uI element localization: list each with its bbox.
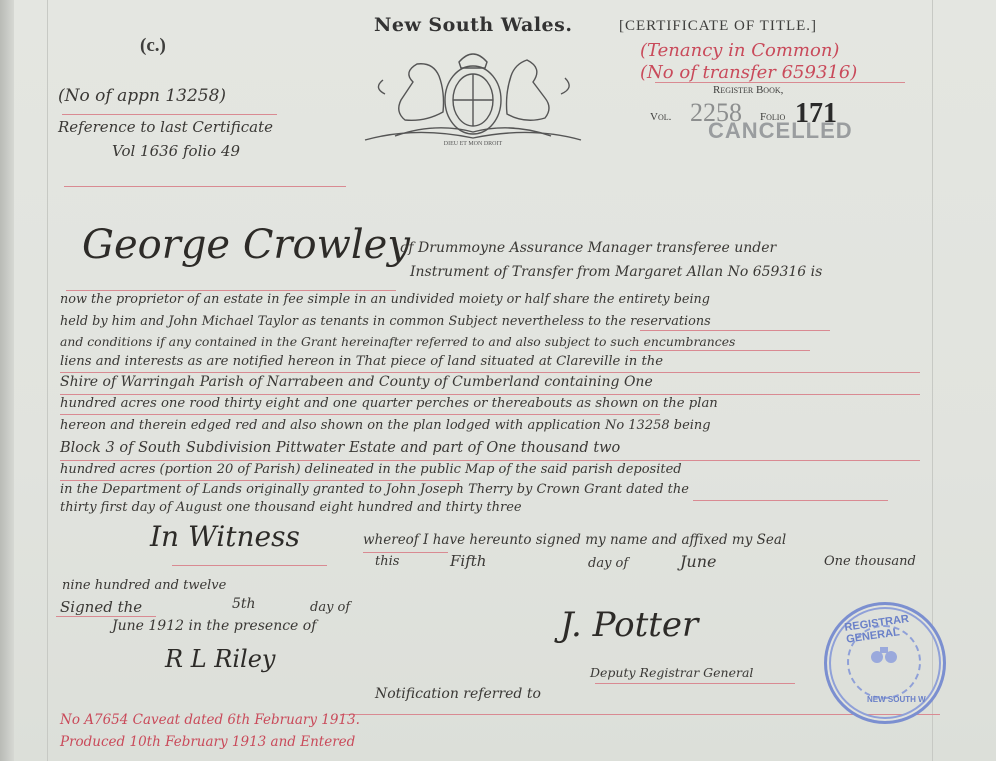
body-line-11: hundred acres (portion 20 of Parish) del… [60, 462, 682, 477]
transfer-underline [655, 82, 905, 83]
grant-end-rule [693, 500, 888, 501]
caveat-line-1: No A7654 Caveat dated 6th February 1913. [60, 712, 360, 728]
notification-rule [340, 714, 940, 715]
signed-the: Signed the [60, 598, 142, 616]
body-line-3: now the proprietor of an estate in fee s… [60, 292, 710, 307]
witness-this: this [375, 554, 399, 569]
body-line-4: held by him and John Michael Taylor as t… [60, 314, 711, 329]
vol-label: Vol. [650, 111, 671, 123]
cancelled-stamp: CANCELLED [708, 118, 853, 144]
registrar-signature: J. Potter [560, 605, 698, 645]
crest-icon [867, 645, 901, 669]
crest-motto: DIEU ET MON DROIT [444, 141, 503, 147]
registrar-title: Deputy Registrar General [590, 665, 753, 680]
body-line-13: thirty first day of August one thousand … [60, 500, 522, 515]
witness-underline [172, 565, 327, 566]
body-line-8: hundred acres one rood thirty eight and … [60, 396, 718, 411]
stamp-bottom-text: NEW SOUTH W [867, 695, 926, 704]
county-underline [60, 394, 920, 395]
body-line-2: Instrument of Transfer from Margaret All… [410, 264, 822, 280]
block-underline [60, 460, 920, 461]
registrar-general-stamp: REGISTRAR GENERAL NEW SOUTH W [824, 602, 946, 724]
transfer-note: (No of transfer 659316) [640, 62, 857, 83]
last-certificate-volume: Vol 1636 folio 49 [112, 142, 240, 160]
form-mark: (c.) [140, 35, 166, 57]
registrar-underline [595, 683, 795, 684]
caveat-line-2: Produced 10th February 1913 and Entered [60, 734, 355, 750]
left-margin-rule [47, 0, 48, 761]
body-line-1: of Drummoyne Assurance Manager transfere… [400, 240, 776, 256]
portion-underline [60, 480, 460, 481]
witness-signature: R L Riley [165, 645, 275, 673]
body-line-7: Shire of Warringah Parish of Narrabeen a… [60, 374, 653, 390]
coat-of-arms-icon: DIEU ET MON DROIT [355, 42, 590, 150]
body-line-9: hereon and therein edged red and also sh… [60, 418, 711, 433]
signed-day: 5th [232, 596, 256, 612]
signed-month-year: June 1912 in the presence of [112, 618, 316, 634]
appn-underline [62, 114, 277, 115]
witness-days-of: day of [588, 556, 628, 571]
body-line-5: and conditions if any contained in the G… [60, 334, 735, 349]
tenancy-note: (Tenancy in Common) [640, 40, 839, 61]
witness-year: nine hundred and twelve [62, 578, 226, 593]
application-number: (No of appn 13258) [58, 86, 226, 106]
certificate-type: [CERTIFICATE OF TITLE.] [619, 18, 817, 35]
certificate-of-title-page: (c.) New South Wales. [CERTIFICATE OF TI… [0, 0, 996, 761]
name-underline [66, 290, 396, 291]
witness-day: Fifth [450, 552, 486, 570]
reference-rule [64, 186, 346, 187]
signed-day-of: day of [310, 600, 350, 615]
body-line-12: in the Department of Lands originally gr… [60, 482, 689, 497]
body-line-10: Block 3 of South Subdivision Pittwater E… [60, 440, 620, 456]
witness-month: June [680, 552, 717, 571]
register-book-label: Register Book, [713, 84, 783, 96]
area-underline [60, 414, 660, 415]
state-title: New South Wales. [374, 14, 572, 36]
in-witness-heading: In Witness [150, 520, 300, 553]
signed-underline [56, 616, 156, 617]
land-underline [60, 372, 920, 373]
page-edge [0, 0, 14, 761]
witness-statement: whereof I have hereunto signed my name a… [363, 532, 786, 548]
witness-one-thousand: One thousand [824, 554, 916, 569]
subject-underline [640, 330, 830, 331]
whereof-underline [363, 552, 448, 553]
body-line-6: liens and interests as are notified here… [60, 354, 663, 369]
notification-referred: Notification referred to [375, 686, 541, 702]
proprietor-name: George Crowley [82, 222, 410, 268]
also-subject-underline [630, 350, 810, 351]
last-certificate-reference: Reference to last Certificate [58, 118, 273, 136]
